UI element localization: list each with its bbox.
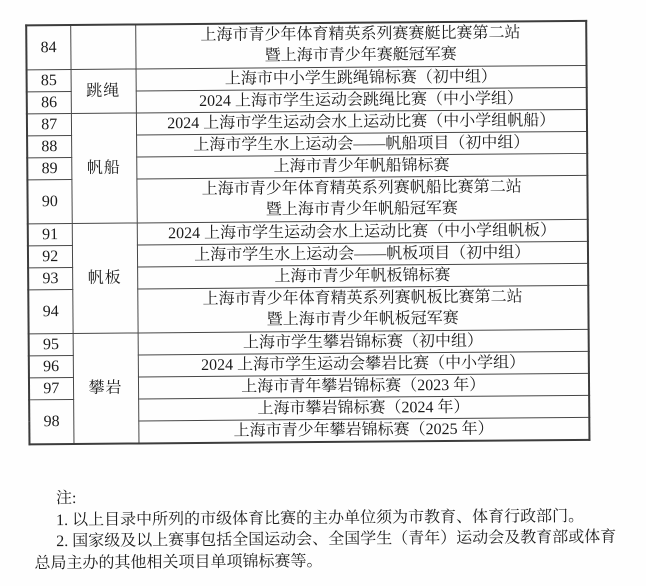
row-number-cell: 87 xyxy=(27,113,71,135)
row-number-cell: 86 xyxy=(27,91,71,113)
competition-name-cell: 上海市学生水上运动会——帆板项目（初中组） xyxy=(137,241,588,267)
notes-section: 注: 1. 以上目录中所列的市级体育比赛的主办单位须为市教育、体育行政部门。 2… xyxy=(34,483,645,574)
competition-name-cell: 上海市青少年攀岩锦标赛（2025 年） xyxy=(138,417,589,443)
scanned-sheet: 84 上海市青少年体育精英系列赛赛艇比赛第二站 暨上海市青少年赛艇冠军赛 85 … xyxy=(0,0,646,3)
category-cell xyxy=(70,24,135,69)
note-item-2-line-2: 总局主办的其他相关项目单项锦标赛等。 xyxy=(34,548,644,574)
table-row: 84 上海市青少年体育精英系列赛赛艇比赛第二站 暨上海市青少年赛艇冠军赛 xyxy=(26,21,586,69)
competition-name-cell: 2024 上海市学生运动会水上运动比赛（中小学组帆船） xyxy=(136,109,587,135)
competition-name-cell: 上海市青少年体育精英系列赛帆船比赛第二站 暨上海市青少年帆船冠军赛 xyxy=(136,175,587,223)
row-number-cell: 97 xyxy=(29,377,73,399)
row-number-cell: 95 xyxy=(29,333,73,355)
competition-name-cell: 上海市青少年体育精英系列赛帆板比赛第二站 暨上海市青少年帆板冠军赛 xyxy=(137,285,588,333)
row-number-cell: 85 xyxy=(27,69,71,91)
category-cell: 攀岩 xyxy=(73,332,139,443)
row-number-cell: 94 xyxy=(28,289,72,333)
competition-table: 84 上海市青少年体育精英系列赛赛艇比赛第二站 暨上海市青少年赛艇冠军赛 85 … xyxy=(25,20,590,445)
competition-name-cell: 2024 上海市学生运动会攀岩比赛（中小学组） xyxy=(138,351,589,377)
category-cell: 跳绳 xyxy=(71,68,136,113)
category-cell: 帆船 xyxy=(71,112,137,223)
row-number-cell: 91 xyxy=(28,223,72,245)
competition-name-cell: 上海市学生水上运动会——帆船项目（初中组） xyxy=(136,131,587,157)
competition-name-cell: 2024 上海市学生运动会跳绳比赛（中小学组） xyxy=(136,87,587,113)
document-page: 84 上海市青少年体育精英系列赛赛艇比赛第二站 暨上海市青少年赛艇冠军赛 85 … xyxy=(0,0,646,586)
competition-name-cell: 上海市青少年体育精英系列赛赛艇比赛第二站 暨上海市青少年赛艇冠军赛 xyxy=(135,21,586,69)
row-number-cell: 88 xyxy=(27,135,71,157)
competition-name-cell: 2024 上海市学生运动会水上运动比赛（中小学组帆板） xyxy=(137,219,588,245)
row-number-cell: 93 xyxy=(28,267,72,289)
category-cell: 帆板 xyxy=(72,222,138,333)
row-number-cell: 84 xyxy=(26,25,70,69)
row-number-cell: 96 xyxy=(29,355,73,377)
row-number-cell: 98 xyxy=(29,399,73,444)
row-number-cell: 90 xyxy=(27,179,71,223)
row-number-cell: 92 xyxy=(28,245,72,267)
row-number-cell: 89 xyxy=(27,157,71,179)
